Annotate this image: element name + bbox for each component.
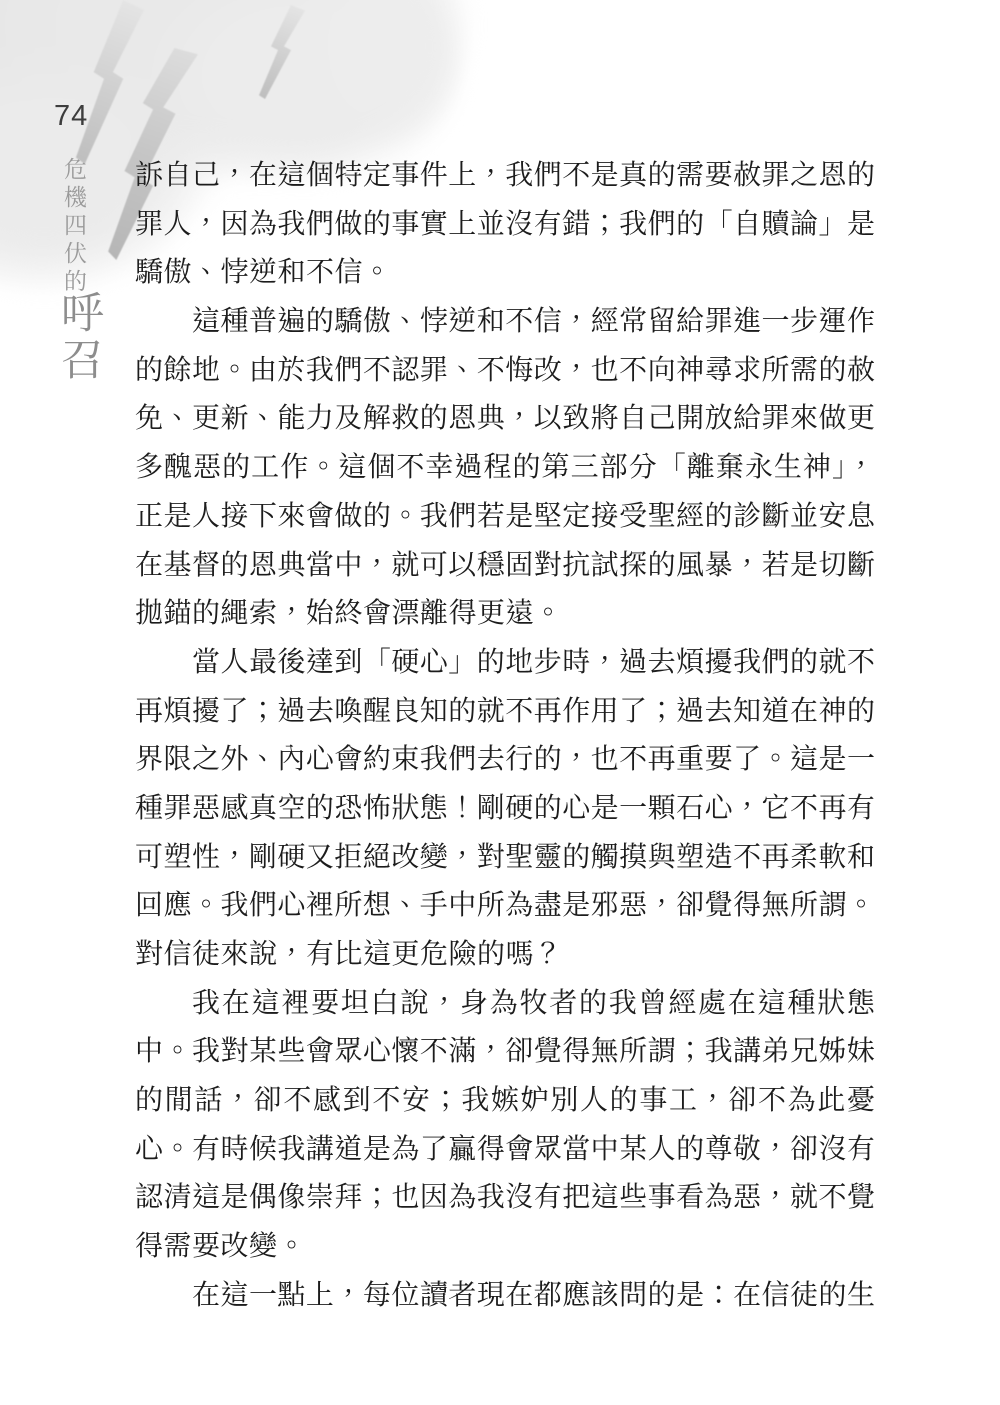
text-line: 多醜惡的工作。這個不幸過程的第三部分「離棄永生神」， (135, 444, 875, 493)
text-line: 這種普遍的驕傲、悖逆和不信，經常留給罪進一步運作 (135, 298, 875, 347)
text-line: 認清這是偶像崇拜；也因為我沒有把這些事看為惡，就不覺 (135, 1174, 875, 1223)
body-text: 訴自己，在這個特定事件上，我們不是真的需要赦罪之恩的罪人，因為我們做的事實上並沒… (135, 152, 875, 1321)
text-line: 得需要改變。 (135, 1223, 875, 1272)
text-line: 界限之外、內心會約束我們去行的，也不再重要了。這是一 (135, 736, 875, 785)
text-line: 免、更新、能力及解救的恩典，以致將自己開放給罪來做更 (135, 395, 875, 444)
text-line: 在基督的恩典當中，就可以穩固對抗試探的風暴，若是切斷 (135, 542, 875, 591)
running-title-subtitle: 危機四伏的 (57, 157, 90, 297)
text-line: 再煩擾了；過去喚醒良知的就不再作用了；過去知道在神的 (135, 688, 875, 737)
text-line: 中。我對某些會眾心懷不滿，卻覺得無所謂；我講弟兄姊妹 (135, 1028, 875, 1077)
text-line: 訴自己，在這個特定事件上，我們不是真的需要赦罪之恩的 (135, 152, 875, 201)
text-line: 拋錨的繩索，始終會漂離得更遠。 (135, 590, 875, 639)
text-line: 正是人接下來會做的。我們若是堅定接受聖經的診斷並安息 (135, 493, 875, 542)
text-line: 我在這裡要坦白說，身為牧者的我曾經處在這種狀態 (135, 980, 875, 1029)
running-title-main: 呼召 (48, 290, 109, 384)
page-number: 74 (54, 100, 88, 133)
lightning-icon (255, 5, 305, 99)
lightning-icon (70, 0, 144, 164)
text-line: 種罪惡感真空的恐怖狀態！剛硬的心是一顆石心，它不再有 (135, 785, 875, 834)
text-line: 的餘地。由於我們不認罪、不悔改，也不向神尋求所需的赦 (135, 347, 875, 396)
text-line: 驕傲、悖逆和不信。 (135, 249, 875, 298)
text-line: 可塑性，剛硬又拒絕改變，對聖靈的觸摸與塑造不再柔軟和 (135, 834, 875, 883)
text-line: 心。有時候我講道是為了贏得會眾當中某人的尊敬，卻沒有 (135, 1126, 875, 1175)
text-line: 當人最後達到「硬心」的地步時，過去煩擾我們的就不 (135, 639, 875, 688)
text-line: 在這一點上，每位讀者現在都應該問的是：在信徒的生 (135, 1272, 875, 1321)
book-page: 74 危機四伏的 呼召 訴自己，在這個特定事件上，我們不是真的需要赦罪之恩的罪人… (0, 0, 1000, 1405)
text-line: 的閒話，卻不感到不安；我嫉妒別人的事工，卻不為此憂 (135, 1077, 875, 1126)
text-line: 對信徒來說，有比這更危險的嗎？ (135, 931, 875, 980)
text-line: 回應。我們心裡所想、手中所為盡是邪惡，卻覺得無所謂。 (135, 882, 875, 931)
text-line: 罪人，因為我們做的事實上並沒有錯；我們的「自贖論」是 (135, 201, 875, 250)
